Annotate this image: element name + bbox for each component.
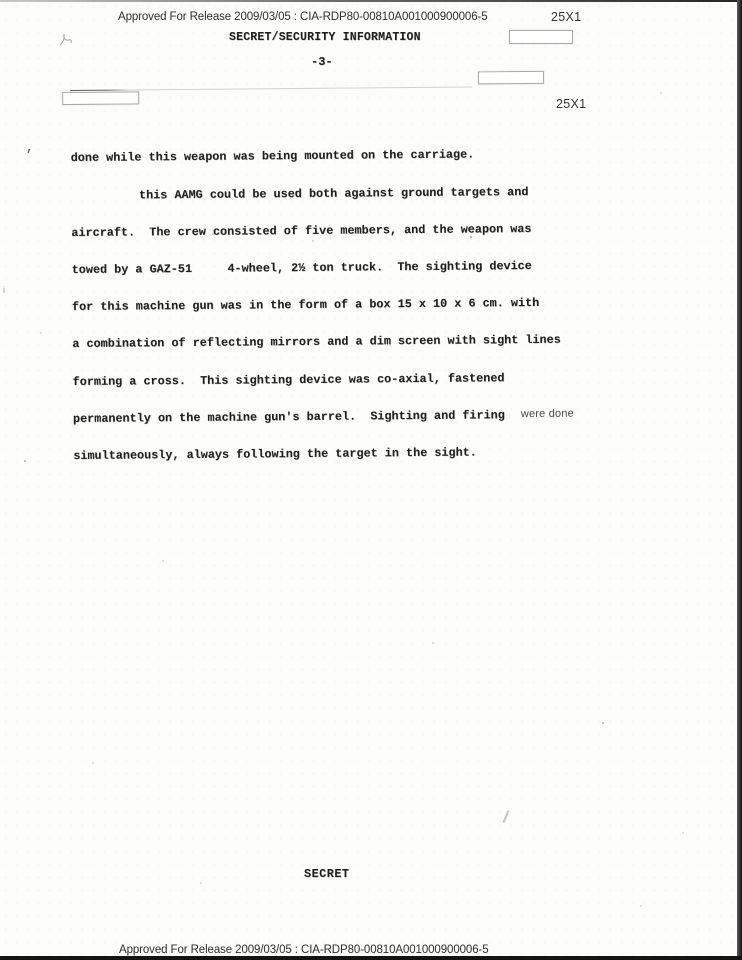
scan-speck — [682, 832, 684, 834]
pen-comma-mark: , — [26, 141, 33, 155]
margin-speck-mark: i — [3, 285, 5, 295]
scan-speck — [640, 905, 642, 907]
scanned-document-page: { "colors": { "paper": "#fcfcfb", "typew… — [0, 0, 742, 960]
paragraph-line: this AAMG could be used both against gro… — [71, 185, 611, 202]
paragraph-line: a combination of reflecting mirrors and … — [72, 334, 612, 351]
inserted-annotation: were done — [521, 407, 574, 420]
scan-edge-right — [737, 0, 742, 960]
scan-speck — [660, 92, 662, 94]
scan-edge-top — [0, 0, 742, 2]
scan-speck — [602, 722, 604, 724]
scan-speck — [200, 882, 202, 884]
release-marking-top: 25X1 — [551, 10, 581, 24]
paragraph-line: simultaneously, always following the tar… — [73, 445, 613, 462]
scan-speck — [312, 240, 314, 242]
paragraph-line: aircraft. The crew consisted of five mem… — [71, 222, 611, 239]
paragraph-line: forming a cross. This sighting device wa… — [73, 371, 613, 388]
scan-speck — [92, 762, 94, 764]
scan-edge-bottom — [0, 956, 742, 960]
approval-header-line: Approved For Release 2009/03/05 : CIA-RD… — [118, 11, 488, 23]
diagonal-scratch-mark — [503, 810, 509, 823]
scan-speck — [382, 227, 384, 229]
footer-classification: SECRET — [304, 867, 349, 881]
scan-speck — [150, 228, 152, 230]
scan-speck — [432, 642, 434, 644]
security-banner: SECRET/SECURITY INFORMATION — [229, 31, 421, 44]
paragraph-line: for this machine gun was in the form of … — [72, 297, 612, 314]
redaction-box-line1-end — [478, 71, 544, 85]
scan-speck — [24, 460, 26, 462]
scan-speck — [470, 236, 472, 238]
pen-squiggle-mark — [56, 26, 80, 50]
scan-speck — [212, 233, 214, 235]
scan-speck — [40, 332, 42, 334]
approval-footer-line: Approved For Release 2009/03/05 : CIA-RD… — [119, 944, 489, 956]
scan-speck — [162, 560, 164, 562]
redaction-box-banner-right — [509, 30, 573, 44]
release-marking-margin: 25X1 — [556, 97, 586, 111]
document-paragraph: done while this weapon was being mounted… — [70, 73, 613, 475]
redaction-box-line2-start — [62, 91, 139, 104]
page-number: -3- — [311, 55, 333, 69]
paragraph-line: done while this weapon was being mounted… — [71, 148, 611, 165]
pen-underline-artifact — [70, 86, 472, 91]
scan-speck — [523, 230, 525, 232]
paragraph-line: permanently on the machine gun's barrel.… — [73, 408, 613, 425]
paragraph-line: towed by a GAZ-51 4-wheel, 2½ ton truck.… — [72, 259, 612, 276]
